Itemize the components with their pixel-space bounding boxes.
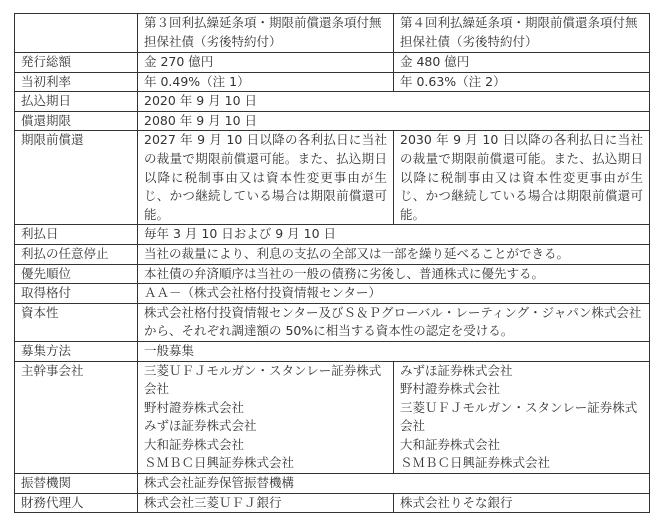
maturity-value: 2080 年 9 月 10 日 [138, 111, 650, 131]
interest-deferral-value: 当社の裁量により、利息の支払の全部又は一部を繰り延べることができる。 [138, 244, 650, 264]
equity-credit-value: 株式会社格付投資情報センター及びＳ＆Ｐグローバル・レーティング・ジャパン株式会社… [138, 303, 650, 341]
bond-terms-table: 第３回利払繰延条項・期限前償還条項付無担保社債（劣後特約付） 第４回利払繰延条項… [14, 13, 650, 513]
lead-manager-item: ＳＭＢＣ日興証券株式会社 [400, 454, 643, 473]
lead-manager-item: 大和証券株式会社 [400, 436, 643, 455]
lead-manager-item: 三菱ＵＦＪモルガン・スタンレー証券株式会社 [400, 399, 643, 436]
table-row: 発行総額 金 270 億円 金 480 億円 [15, 53, 650, 73]
row-label-interest-deferral: 利払の任意停止 [15, 244, 138, 264]
row-label-priority: 優先順位 [15, 264, 138, 284]
early-redemption-bond4: 2030 年 9 月 10 日以降の各利払日に当社の裁量で期限前償還可能。また、… [394, 131, 650, 225]
table-row: 利払日 毎年 3 月 10 日および 9 月 10 日 [15, 225, 650, 245]
row-label-interest-dates: 利払日 [15, 225, 138, 245]
table-row: 期限前償還 2027 年 9 月 10 日以降の各利払日に当社の裁量で期限前償還… [15, 131, 650, 225]
rating-value: ＡＡ－（株式会社格付投資情報センター） [138, 284, 650, 304]
row-label-payment-date: 払込期日 [15, 92, 138, 112]
row-label-transfer-agent: 振替機関 [15, 474, 138, 494]
lead-manager-item: 三菱ＵＦＪモルガン・スタンレー証券株式会社 [144, 362, 387, 399]
row-label-maturity: 償還期限 [15, 111, 138, 131]
lead-manager-item: 野村證券株式会社 [400, 380, 643, 399]
initial-rate-bond3: 年 0.49%（注 1） [138, 72, 394, 92]
table-row: 財務代理人 株式会社三菱ＵＦＪ銀行 株式会社りそな銀行 [15, 493, 650, 513]
lead-manager-item: ＳＭＢＣ日興証券株式会社 [144, 454, 387, 473]
header-bond3: 第３回利払繰延条項・期限前償還条項付無担保社債（劣後特約付） [138, 14, 394, 53]
initial-rate-bond4: 年 0.63%（注 2） [394, 72, 650, 92]
fiscal-agent-bond3: 株式会社三菱ＵＦＪ銀行 [138, 493, 394, 513]
lead-manager-item: みずほ証券株式会社 [400, 362, 643, 381]
lead-manager-item: みずほ証券株式会社 [144, 417, 387, 436]
payment-date-value: 2020 年 9 月 10 日 [138, 92, 650, 112]
row-label-initial-rate: 当初利率 [15, 72, 138, 92]
offering-method-value: 一般募集 [138, 341, 650, 361]
table-row: 取得格付 ＡＡ－（株式会社格付投資情報センター） [15, 284, 650, 304]
row-label-rating: 取得格付 [15, 284, 138, 304]
header-row: 第３回利払繰延条項・期限前償還条項付無担保社債（劣後特約付） 第４回利払繰延条項… [15, 14, 650, 53]
row-label-offering-method: 募集方法 [15, 341, 138, 361]
early-redemption-bond3: 2027 年 9 月 10 日以降の各利払日に当社の裁量で期限前償還可能。また、… [138, 131, 394, 225]
table-row: 優先順位 本社債の弁済順序は当社の一般の債務に劣後し、普通株式に優先する。 [15, 264, 650, 284]
lead-managers-bond4: みずほ証券株式会社 野村證券株式会社 三菱ＵＦＪモルガン・スタンレー証券株式会社… [394, 361, 650, 474]
corner-cell [15, 14, 138, 53]
issue-amount-bond4: 金 480 億円 [394, 53, 650, 73]
lead-manager-item: 大和証券株式会社 [144, 436, 387, 455]
table-row: 主幹事会社 三菱ＵＦＪモルガン・スタンレー証券株式会社 野村證券株式会社 みずほ… [15, 361, 650, 474]
fiscal-agent-bond4: 株式会社りそな銀行 [394, 493, 650, 513]
lead-managers-bond3: 三菱ＵＦＪモルガン・スタンレー証券株式会社 野村證券株式会社 みずほ証券株式会社… [138, 361, 394, 474]
row-label-issue-amount: 発行総額 [15, 53, 138, 73]
row-label-fiscal-agent: 財務代理人 [15, 493, 138, 513]
row-label-lead-managers: 主幹事会社 [15, 361, 138, 474]
table-row: 払込期日 2020 年 9 月 10 日 [15, 92, 650, 112]
table-row: 償還期限 2080 年 9 月 10 日 [15, 111, 650, 131]
row-label-early-redemption: 期限前償還 [15, 131, 138, 225]
interest-dates-value: 毎年 3 月 10 日および 9 月 10 日 [138, 225, 650, 245]
transfer-agent-value: 株式会社証券保管振替機構 [138, 474, 650, 494]
priority-value: 本社債の弁済順序は当社の一般の債務に劣後し、普通株式に優先する。 [138, 264, 650, 284]
lead-manager-item: 野村證券株式会社 [144, 399, 387, 418]
table-row: 利払の任意停止 当社の裁量により、利息の支払の全部又は一部を繰り延べることができ… [15, 244, 650, 264]
table-row: 資本性 株式会社格付投資情報センター及びＳ＆Ｐグローバル・レーティング・ジャパン… [15, 303, 650, 341]
row-label-equity-credit: 資本性 [15, 303, 138, 341]
table-row: 当初利率 年 0.49%（注 1） 年 0.63%（注 2） [15, 72, 650, 92]
header-bond4: 第４回利払繰延条項・期限前償還条項付無担保社債（劣後特約付） [394, 14, 650, 53]
table-row: 振替機関 株式会社証券保管振替機構 [15, 474, 650, 494]
issue-amount-bond3: 金 270 億円 [138, 53, 394, 73]
table-row: 募集方法 一般募集 [15, 341, 650, 361]
